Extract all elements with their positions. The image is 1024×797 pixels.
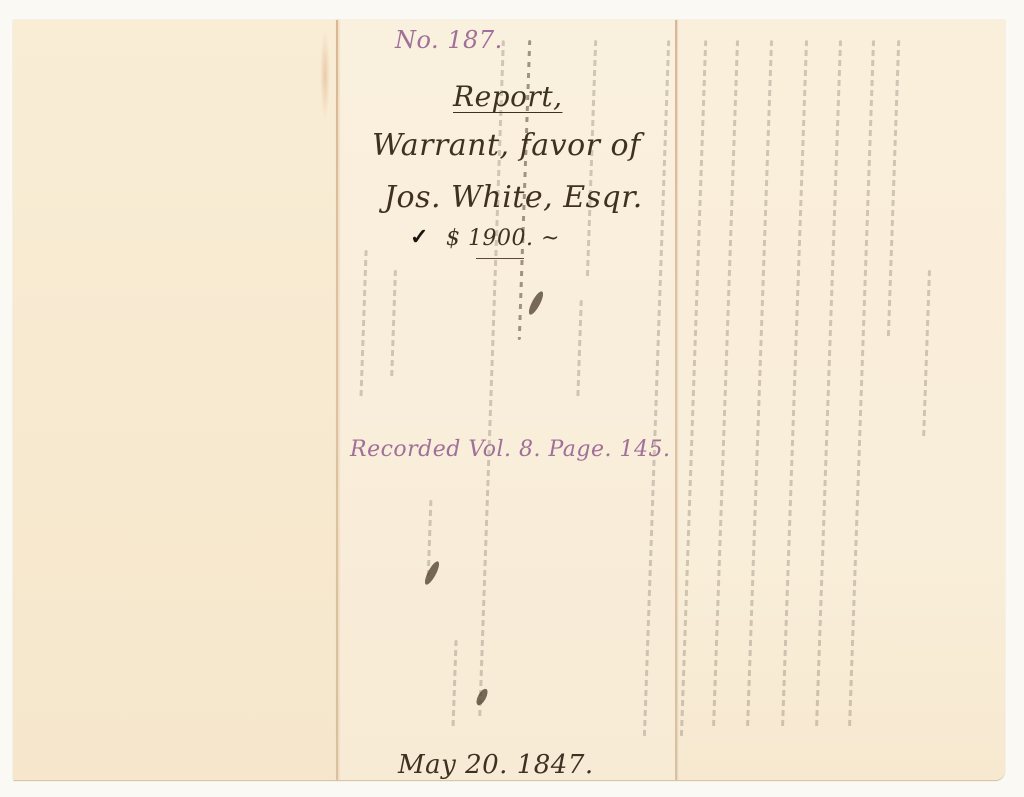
recorded-note: Recorded Vol. 8. Page. 145. <box>350 437 670 462</box>
rust-stain <box>320 30 330 120</box>
fold-line-right <box>675 20 677 780</box>
checkmark-icon: ✓ <box>410 224 429 250</box>
docket-title: Report, <box>453 80 562 113</box>
fold-line-left <box>336 20 338 780</box>
docket-subject: Warrant, favor of <box>372 128 641 163</box>
amount-underline <box>476 258 524 259</box>
left-panel <box>13 20 337 780</box>
scanned-document: No. 187. Report, Warrant, favor of Jos. … <box>0 0 1024 797</box>
docket-payee: Jos. White, Esqr. <box>384 180 643 215</box>
docket-amount: $ 1900. ~ <box>446 226 560 251</box>
docket-number: No. 187. <box>395 26 503 54</box>
docket-date: May 20. 1847. <box>398 750 594 780</box>
